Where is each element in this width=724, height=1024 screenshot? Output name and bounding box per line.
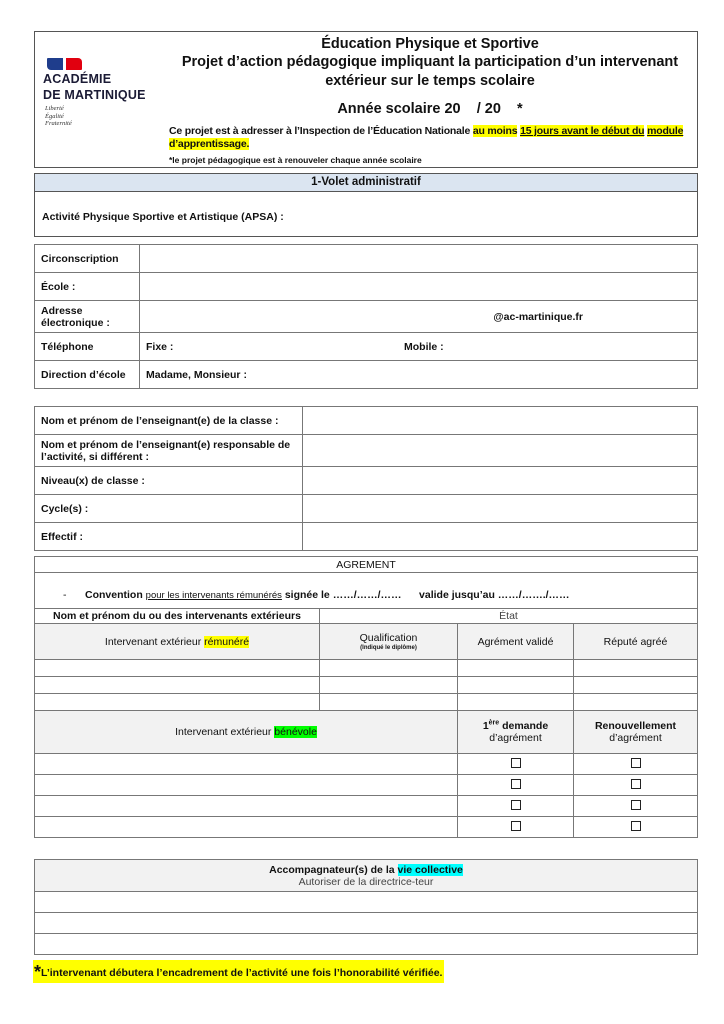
honorability-footnote: *L’intervenant débutera l’encadrement de…	[33, 960, 444, 983]
checkbox-icon[interactable]	[631, 758, 641, 768]
volunteer-row	[35, 754, 698, 775]
qualification-header: Qualification(Indiqué le diplôme)	[320, 624, 458, 660]
accompagnateur-row[interactable]	[35, 934, 698, 955]
teacher-info-table: Nom et prénom de l’enseignant(e) de la c…	[34, 406, 698, 551]
academie-logo: ACADÉMIE DE MARTINIQUE Liberté Égalité F…	[43, 58, 163, 128]
phone-field[interactable]: Fixe :Mobile :	[140, 333, 698, 361]
checkbox-icon[interactable]	[511, 779, 521, 789]
doc-title: Éducation Physique et Sportive	[165, 36, 695, 52]
teacher-name-label: Nom et prénom de l’enseignant(e) de la c…	[35, 407, 303, 435]
direction-field[interactable]: Madame, Monsieur :	[140, 361, 698, 389]
checkbox-icon[interactable]	[631, 800, 641, 810]
class-level-label: Niveau(x) de classe :	[35, 467, 303, 495]
volunteer-row	[35, 775, 698, 796]
doc-subtitle: Projet d’action pédagogique impliquant l…	[165, 53, 695, 91]
accompagnateurs-header: Accompagnateur(s) de la vie collectiveAu…	[35, 860, 698, 892]
direction-label: Direction d’école	[35, 361, 140, 389]
checkbox-icon[interactable]	[511, 821, 521, 831]
checkbox-icon[interactable]	[631, 779, 641, 789]
responsible-teacher-field[interactable]	[303, 435, 698, 467]
section-title: 1-Volet administratif	[35, 174, 697, 192]
renewal-header: Renouvellementd’agrément	[574, 711, 698, 754]
phone-label: Téléphone	[35, 333, 140, 361]
effectif-label: Effectif :	[35, 523, 303, 551]
effectif-field[interactable]	[303, 523, 698, 551]
responsible-teacher-label: Nom et prénom de l’enseignant(e) respons…	[35, 435, 303, 467]
logo-line1: ACADÉMIE	[43, 73, 163, 86]
agrement-title: AGREMENT	[35, 557, 698, 573]
paid-row	[35, 694, 698, 711]
email-field[interactable]: @ac-martinique.fr	[140, 301, 698, 333]
volunteer-row	[35, 796, 698, 817]
logo-line2: DE MARTINIQUE	[43, 89, 163, 102]
apsa-field[interactable]: Activité Physique Sportive et Artistique…	[42, 211, 284, 223]
checkbox-icon[interactable]	[511, 758, 521, 768]
french-republic-flag-icon	[47, 58, 163, 70]
school-year: Année scolaire 20 / 20 *	[165, 101, 695, 117]
checkbox-icon[interactable]	[511, 800, 521, 810]
accompagnateur-row[interactable]	[35, 892, 698, 913]
state-header: État	[320, 609, 698, 624]
paid-header: Intervenant extérieur rémunéré	[35, 624, 320, 660]
paid-row	[35, 677, 698, 694]
circonscription-label: Circonscription	[35, 245, 140, 273]
logo-motto: Liberté Égalité Fraternité	[45, 105, 163, 128]
ecole-label: École :	[35, 273, 140, 301]
accompagnateurs-table: Accompagnateur(s) de la vie collectiveAu…	[34, 859, 698, 955]
paid-row	[35, 660, 698, 677]
document-header: ACADÉMIE DE MARTINIQUE Liberté Égalité F…	[34, 31, 698, 168]
convention-line[interactable]: -Convention pour les intervenants rémuné…	[35, 573, 698, 609]
circonscription-field[interactable]	[140, 245, 698, 273]
class-level-field[interactable]	[303, 467, 698, 495]
checkbox-icon[interactable]	[631, 821, 641, 831]
agrement-table: AGREMENT -Convention pour les intervenan…	[34, 556, 698, 838]
cycle-field[interactable]	[303, 495, 698, 523]
names-header: Nom et prénom du ou des intervenants ext…	[35, 609, 320, 624]
cycle-label: Cycle(s) :	[35, 495, 303, 523]
volunteer-row	[35, 817, 698, 838]
volunteer-header: Intervenant extérieur bénévole	[35, 711, 458, 754]
repute-agree-header: Réputé agréé	[574, 624, 698, 660]
accompagnateur-row[interactable]	[35, 913, 698, 934]
agrement-valide-header: Agrément validé	[458, 624, 574, 660]
email-label: Adresse électronique :	[35, 301, 140, 333]
renewal-note: *le projet pédagogique est à renouveler …	[169, 155, 422, 165]
first-request-header: 1ère demanded’agrément	[458, 711, 574, 754]
section-administratif: 1-Volet administratif Activité Physique …	[34, 173, 698, 237]
school-info-table: Circonscription École : Adresse électron…	[34, 244, 698, 389]
ecole-field[interactable]	[140, 273, 698, 301]
submission-note: Ce projet est à adresser à l’Inspection …	[169, 125, 689, 151]
teacher-name-field[interactable]	[303, 407, 698, 435]
